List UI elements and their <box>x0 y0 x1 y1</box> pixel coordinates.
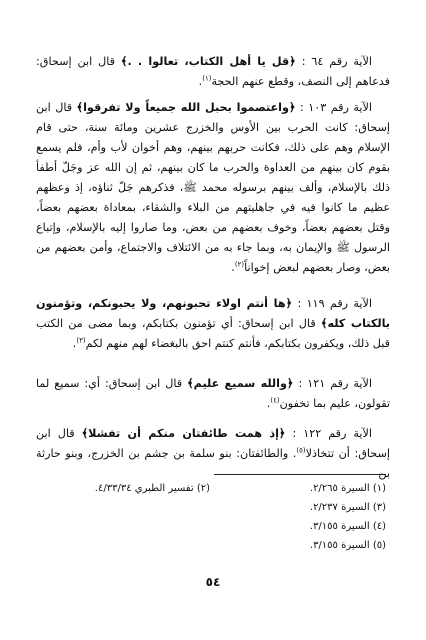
ayah-label: الآية رقم ١٢٢ : <box>286 427 373 440</box>
ayah-label: الآية رقم ١١٩ : <box>292 297 372 310</box>
page-number: ٥٤ <box>36 575 390 589</box>
footnote-number: (٥) <box>373 540 386 551</box>
footnote-text: السيرة ٢/٢٣٧. <box>310 502 370 513</box>
ayah-label: الآية رقم ٦٤ : <box>296 55 372 68</box>
paragraph-ayah-122: الآية رقم ١٢٢ : ﴿إذ همت طائفتان منكم أن … <box>36 424 390 484</box>
footnote-text: السيرة ٣/١٥٥. <box>310 540 370 551</box>
footnote-4: (٤) السيرة ٣/١٥٥. <box>310 520 386 534</box>
footnote-ref-2[interactable]: (٢) <box>235 260 244 268</box>
footnote-3: (٣) السيرة ٢/٢٣٧. <box>310 501 386 515</box>
quran-verse: ﴿واعتصموا بحبل الله جميعاً ولا تفرقوا﴾ <box>77 101 296 114</box>
ayah-label: الآية رقم ١٢١ : <box>293 377 372 390</box>
commentary-text: قال ابن إسحاق: كانت الحرب بين الأوس والخ… <box>36 101 390 274</box>
footnote-5: (٥) السيرة ٣/١٥٥. <box>310 539 386 553</box>
footnote-number: (٤) <box>373 521 386 532</box>
paragraph-ayah-119: الآية رقم ١١٩ : ﴿ها أنتم اولاء تحبونهم، … <box>36 294 390 354</box>
footnote-ref-4[interactable]: (٤) <box>270 396 279 404</box>
quran-verse: ﴿إذ همت طائفتان منكم أن تفشلا﴾ <box>82 427 286 440</box>
footnote-divider <box>214 474 386 475</box>
footnote-2: (٢) تفسير الطبري ٤/٣٣/٣٤. <box>95 482 210 496</box>
paragraph-ayah-64: الآية رقم ٦٤ : ﴿قل يا أهل الكتاب، تعالوا… <box>36 52 390 92</box>
footnote-number: (٢) <box>197 483 210 494</box>
paragraph-ayah-103: الآية رقم ١٠٣ : ﴿واعتصموا بحبل الله جميع… <box>36 98 390 278</box>
quran-verse: ﴿والله سميع عليم﴾ <box>187 377 293 390</box>
footnote-text: تفسير الطبري ٤/٣٣/٣٤. <box>95 483 194 494</box>
paragraph-ayah-121: الآية رقم ١٢١ : ﴿والله سميع عليم﴾ قال اب… <box>36 374 390 414</box>
footnote-ref-3[interactable]: (٣) <box>76 336 85 344</box>
footnote-number: (١) <box>373 483 386 494</box>
footnote-1: (١) السيرة ٢/٢٦٥. <box>310 482 386 496</box>
ayah-label: الآية رقم ١٠٣ : <box>296 101 372 114</box>
footnote-number: (٣) <box>373 502 386 513</box>
footnote-ref-5[interactable]: (٥) <box>296 446 305 454</box>
quran-verse: ﴿قل يا أهل الكتاب، تعالوا . .﴾ <box>121 55 296 68</box>
footnote-text: السيرة ٣/١٥٥. <box>310 521 370 532</box>
book-page: الآية رقم ٦٤ : ﴿قل يا أهل الكتاب، تعالوا… <box>36 0 390 640</box>
footnote-text: السيرة ٢/٢٦٥. <box>310 483 370 494</box>
